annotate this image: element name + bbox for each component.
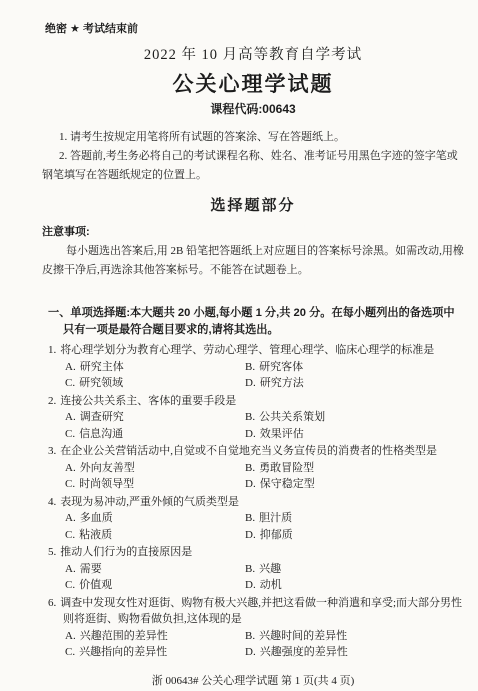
question-number: 3. [48,445,56,457]
question-options: A.外向友善型B.勇敢冒险型C.时尚领导型D.保守稳定型 [65,460,464,493]
question-stem: 4.表现为易冲动,严重外倾的气质类型是 [48,494,464,511]
option-label: D. [245,478,256,490]
question-options: A.多血质B.胆汁质C.粘液质D.抑郁质 [65,510,464,543]
question-stem: 2.连接公共关系主、客体的重要手段是 [48,393,464,410]
question-stem: 5.推动人们行为的直接原因是 [48,544,464,561]
question-block: 1.将心理学划分为教育心理学、劳动心理学、管理心理学、临床心理学的标准是 A.研… [48,342,464,392]
question-number: 2. [48,395,56,407]
question-option: C.信息沟通 [65,426,245,443]
option-text: 公共关系策划 [259,411,325,423]
option-label: D. [245,579,256,591]
question-block: 2.连接公共关系主、客体的重要手段是 A.调查研究B.公共关系策划C.信息沟通D… [48,393,464,443]
option-text: 研究主体 [80,361,124,373]
option-text: 勇敢冒险型 [259,462,314,474]
option-label: C. [65,529,75,541]
question-options: A.兴趣范围的差异性B.兴趣时间的差异性C.兴趣指向的差异性D.兴趣强度的差异性 [65,628,464,661]
question-stem: 6.调查中发现女性对逛街、购物有极大兴趣,并把这看做一种消遣和享受;而大部分男性… [48,595,464,628]
question-block: 6.调查中发现女性对逛街、购物有极大兴趣,并把这看做一种消遣和享受;而大部分男性… [48,595,464,661]
question-number: 6. [48,597,56,609]
question-option: A.外向友善型 [65,460,245,477]
question-option: A.多血质 [65,510,245,527]
question-option: B.研究客体 [245,359,464,376]
general-instructions: 1. 请考生按规定用笔将所有试题的答案涂、写在答题纸上。 2. 答题前,考生务必… [42,128,464,185]
question-text: 调查中发现女性对逛街、购物有极大兴趣,并把这看做一种消遣和享受;而大部分男性则将… [60,597,462,626]
question-options: A.调查研究B.公共关系策划C.信息沟通D.效果评估 [65,409,464,442]
paper-title: 公关心理学试题 [42,68,464,98]
option-label: B. [245,462,255,474]
option-text: 价值观 [79,579,112,591]
option-label: B. [245,630,255,642]
option-label: C. [65,428,75,440]
question-option: C.研究领域 [65,375,245,392]
option-text: 兴趣 [259,563,281,575]
question-option: C.价值观 [65,577,245,594]
question-stem: 3.在企业公关营销活动中,自觉或不自觉地充当义务宣传员的消费者的性格类型是 [48,443,464,460]
course-code: 课程代码:00643 [42,100,464,117]
question-option: A.需要 [65,561,245,578]
question-option: A.兴趣范围的差异性 [65,628,245,645]
question-option: C.兴趣指向的差异性 [65,644,245,661]
question-text: 推动人们行为的直接原因是 [60,546,192,558]
question-text: 表现为易冲动,严重外倾的气质类型是 [60,496,239,508]
question-block: 4.表现为易冲动,严重外倾的气质类型是 A.多血质B.胆汁质C.粘液质D.抑郁质 [48,494,464,544]
option-text: 兴趣时间的差异性 [259,630,347,642]
option-label: A. [65,462,76,474]
exam-session-title: 2022 年 10 月高等教育自学考试 [42,43,464,64]
question-text: 在企业公关营销活动中,自觉或不自觉地充当义务宣传员的消费者的性格类型是 [60,445,437,457]
question-text: 将心理学划分为教育心理学、劳动心理学、管理心理学、临床心理学的标准是 [60,344,434,356]
question-option: C.粘液质 [65,527,245,544]
question-option: C.时尚领导型 [65,476,245,493]
section-title: 选择题部分 [42,194,464,215]
option-text: 多血质 [80,512,113,524]
question-option: D.保守稳定型 [245,476,464,493]
option-text: 兴趣强度的差异性 [260,646,348,658]
option-label: D. [245,377,256,389]
option-label: B. [245,411,255,423]
option-text: 需要 [80,563,102,575]
option-text: 兴趣范围的差异性 [80,630,168,642]
option-text: 时尚领导型 [79,478,134,490]
option-label: D. [245,529,256,541]
option-label: B. [245,512,255,524]
question-option: B.胆汁质 [245,510,464,527]
option-text: 粘液质 [79,529,112,541]
option-label: A. [65,361,76,373]
option-label: A. [65,411,76,423]
option-label: B. [245,361,255,373]
option-text: 研究方法 [260,377,304,389]
instruction-item-2: 2. 答题前,考生务必将自己的考试课程名称、姓名、准考证号用黑色字迹的签字笔或钢… [42,147,464,185]
option-text: 研究客体 [259,361,303,373]
question-option: B.兴趣 [245,561,464,578]
question-option: D.动机 [245,577,464,594]
question-number: 4. [48,496,56,508]
questions-list: 1.将心理学划分为教育心理学、劳动心理学、管理心理学、临床心理学的标准是 A.研… [48,342,464,661]
question-stem: 1.将心理学划分为教育心理学、劳动心理学、管理心理学、临床心理学的标准是 [48,342,464,359]
notice-label: 注意事项: [42,223,464,239]
exam-paper-page: 绝密 ★ 考试结束前 2022 年 10 月高等教育自学考试 公关心理学试题 课… [0,0,478,691]
option-label: A. [65,630,76,642]
question-block: 3.在企业公关营销活动中,自觉或不自觉地充当义务宣传员的消费者的性格类型是 A.… [48,443,464,493]
question-text: 连接公共关系主、客体的重要手段是 [60,395,236,407]
question-options: A.需要B.兴趣C.价值观D.动机 [65,561,464,594]
option-text: 保守稳定型 [260,478,315,490]
option-label: D. [245,646,256,658]
option-text: 效果评估 [260,428,304,440]
question-option: D.抑郁质 [245,527,464,544]
option-text: 兴趣指向的差异性 [79,646,167,658]
option-text: 动机 [260,579,282,591]
question-option: B.勇敢冒险型 [245,460,464,477]
option-text: 研究领域 [79,377,123,389]
question-option: B.公共关系策划 [245,409,464,426]
part-one-heading: 一、单项选择题:本大题共 20 小题,每小题 1 分,共 20 分。在每小题列出… [48,305,464,339]
page-footer: 浙 00643# 公关心理学试题 第 1 页(共 4 页) [42,672,464,688]
option-label: C. [65,646,75,658]
option-label: A. [65,563,76,575]
option-text: 胆汁质 [259,512,292,524]
option-label: C. [65,579,75,591]
option-label: C. [65,377,75,389]
option-label: B. [245,563,255,575]
option-text: 调查研究 [80,411,124,423]
security-classification-label: 绝密 ★ 考试结束前 [45,20,464,36]
question-option: B.兴趣时间的差异性 [245,628,464,645]
question-options: A.研究主体B.研究客体C.研究领域D.研究方法 [65,359,464,392]
notice-text: 每小题选出答案后,用 2B 铅笔把答题纸上对应题目的答案标号涂黑。如需改动,用橡… [42,242,464,280]
question-number: 5. [48,546,56,558]
option-text: 外向友善型 [80,462,135,474]
option-text: 抑郁质 [260,529,293,541]
option-label: C. [65,478,75,490]
question-number: 1. [48,344,56,356]
instruction-item-1: 1. 请考生按规定用笔将所有试题的答案涂、写在答题纸上。 [42,128,464,147]
question-option: D.兴趣强度的差异性 [245,644,464,661]
question-option: D.研究方法 [245,375,464,392]
option-label: D. [245,428,256,440]
option-label: A. [65,512,76,524]
question-option: A.研究主体 [65,359,245,376]
question-option: A.调查研究 [65,409,245,426]
question-block: 5.推动人们行为的直接原因是 A.需要B.兴趣C.价值观D.动机 [48,544,464,594]
option-text: 信息沟通 [79,428,123,440]
question-option: D.效果评估 [245,426,464,443]
